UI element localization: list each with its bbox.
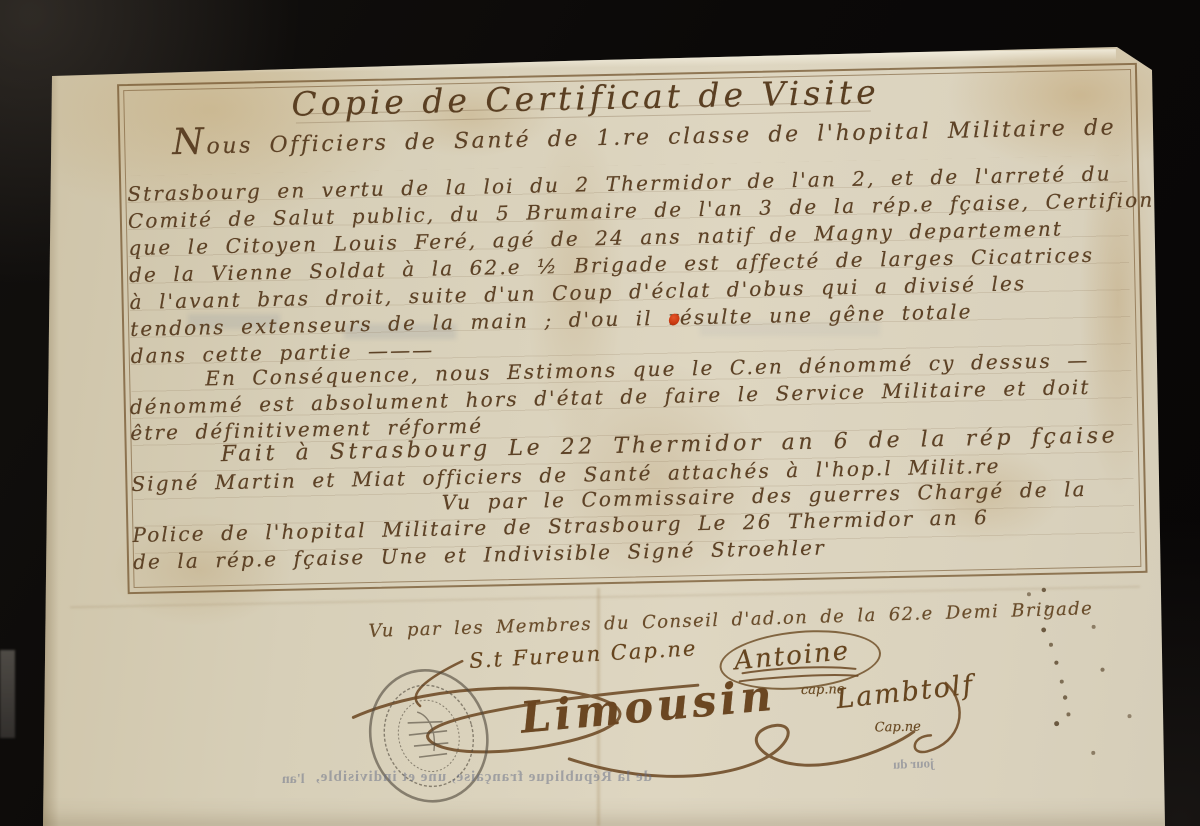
signature-fureun: S.t Fureun Cap.ne <box>469 636 698 673</box>
military-ink-stamp <box>352 654 505 817</box>
photo-background: Copie de Certificat de Visite Nous Offic… <box>0 0 1200 826</box>
signature-lambtolf-rank: Cap.ne <box>875 720 922 736</box>
verso-print-showthrough: de la République française, une et indiv… <box>315 769 652 786</box>
manuscript-sheet: Copie de Certificat de Visite Nous Offic… <box>0 0 1200 826</box>
background-object <box>0 650 15 738</box>
verso-print-showthrough: l'an <box>282 772 305 788</box>
signature-limousin: Limousin <box>518 671 777 744</box>
ink-layer: Copie de Certificat de Visite Nous Offic… <box>0 0 1200 826</box>
verso-print-showthrough: jour du <box>893 755 935 772</box>
council-review-note: Vu par les Membres du Conseil d'ad.on de… <box>368 598 1093 642</box>
